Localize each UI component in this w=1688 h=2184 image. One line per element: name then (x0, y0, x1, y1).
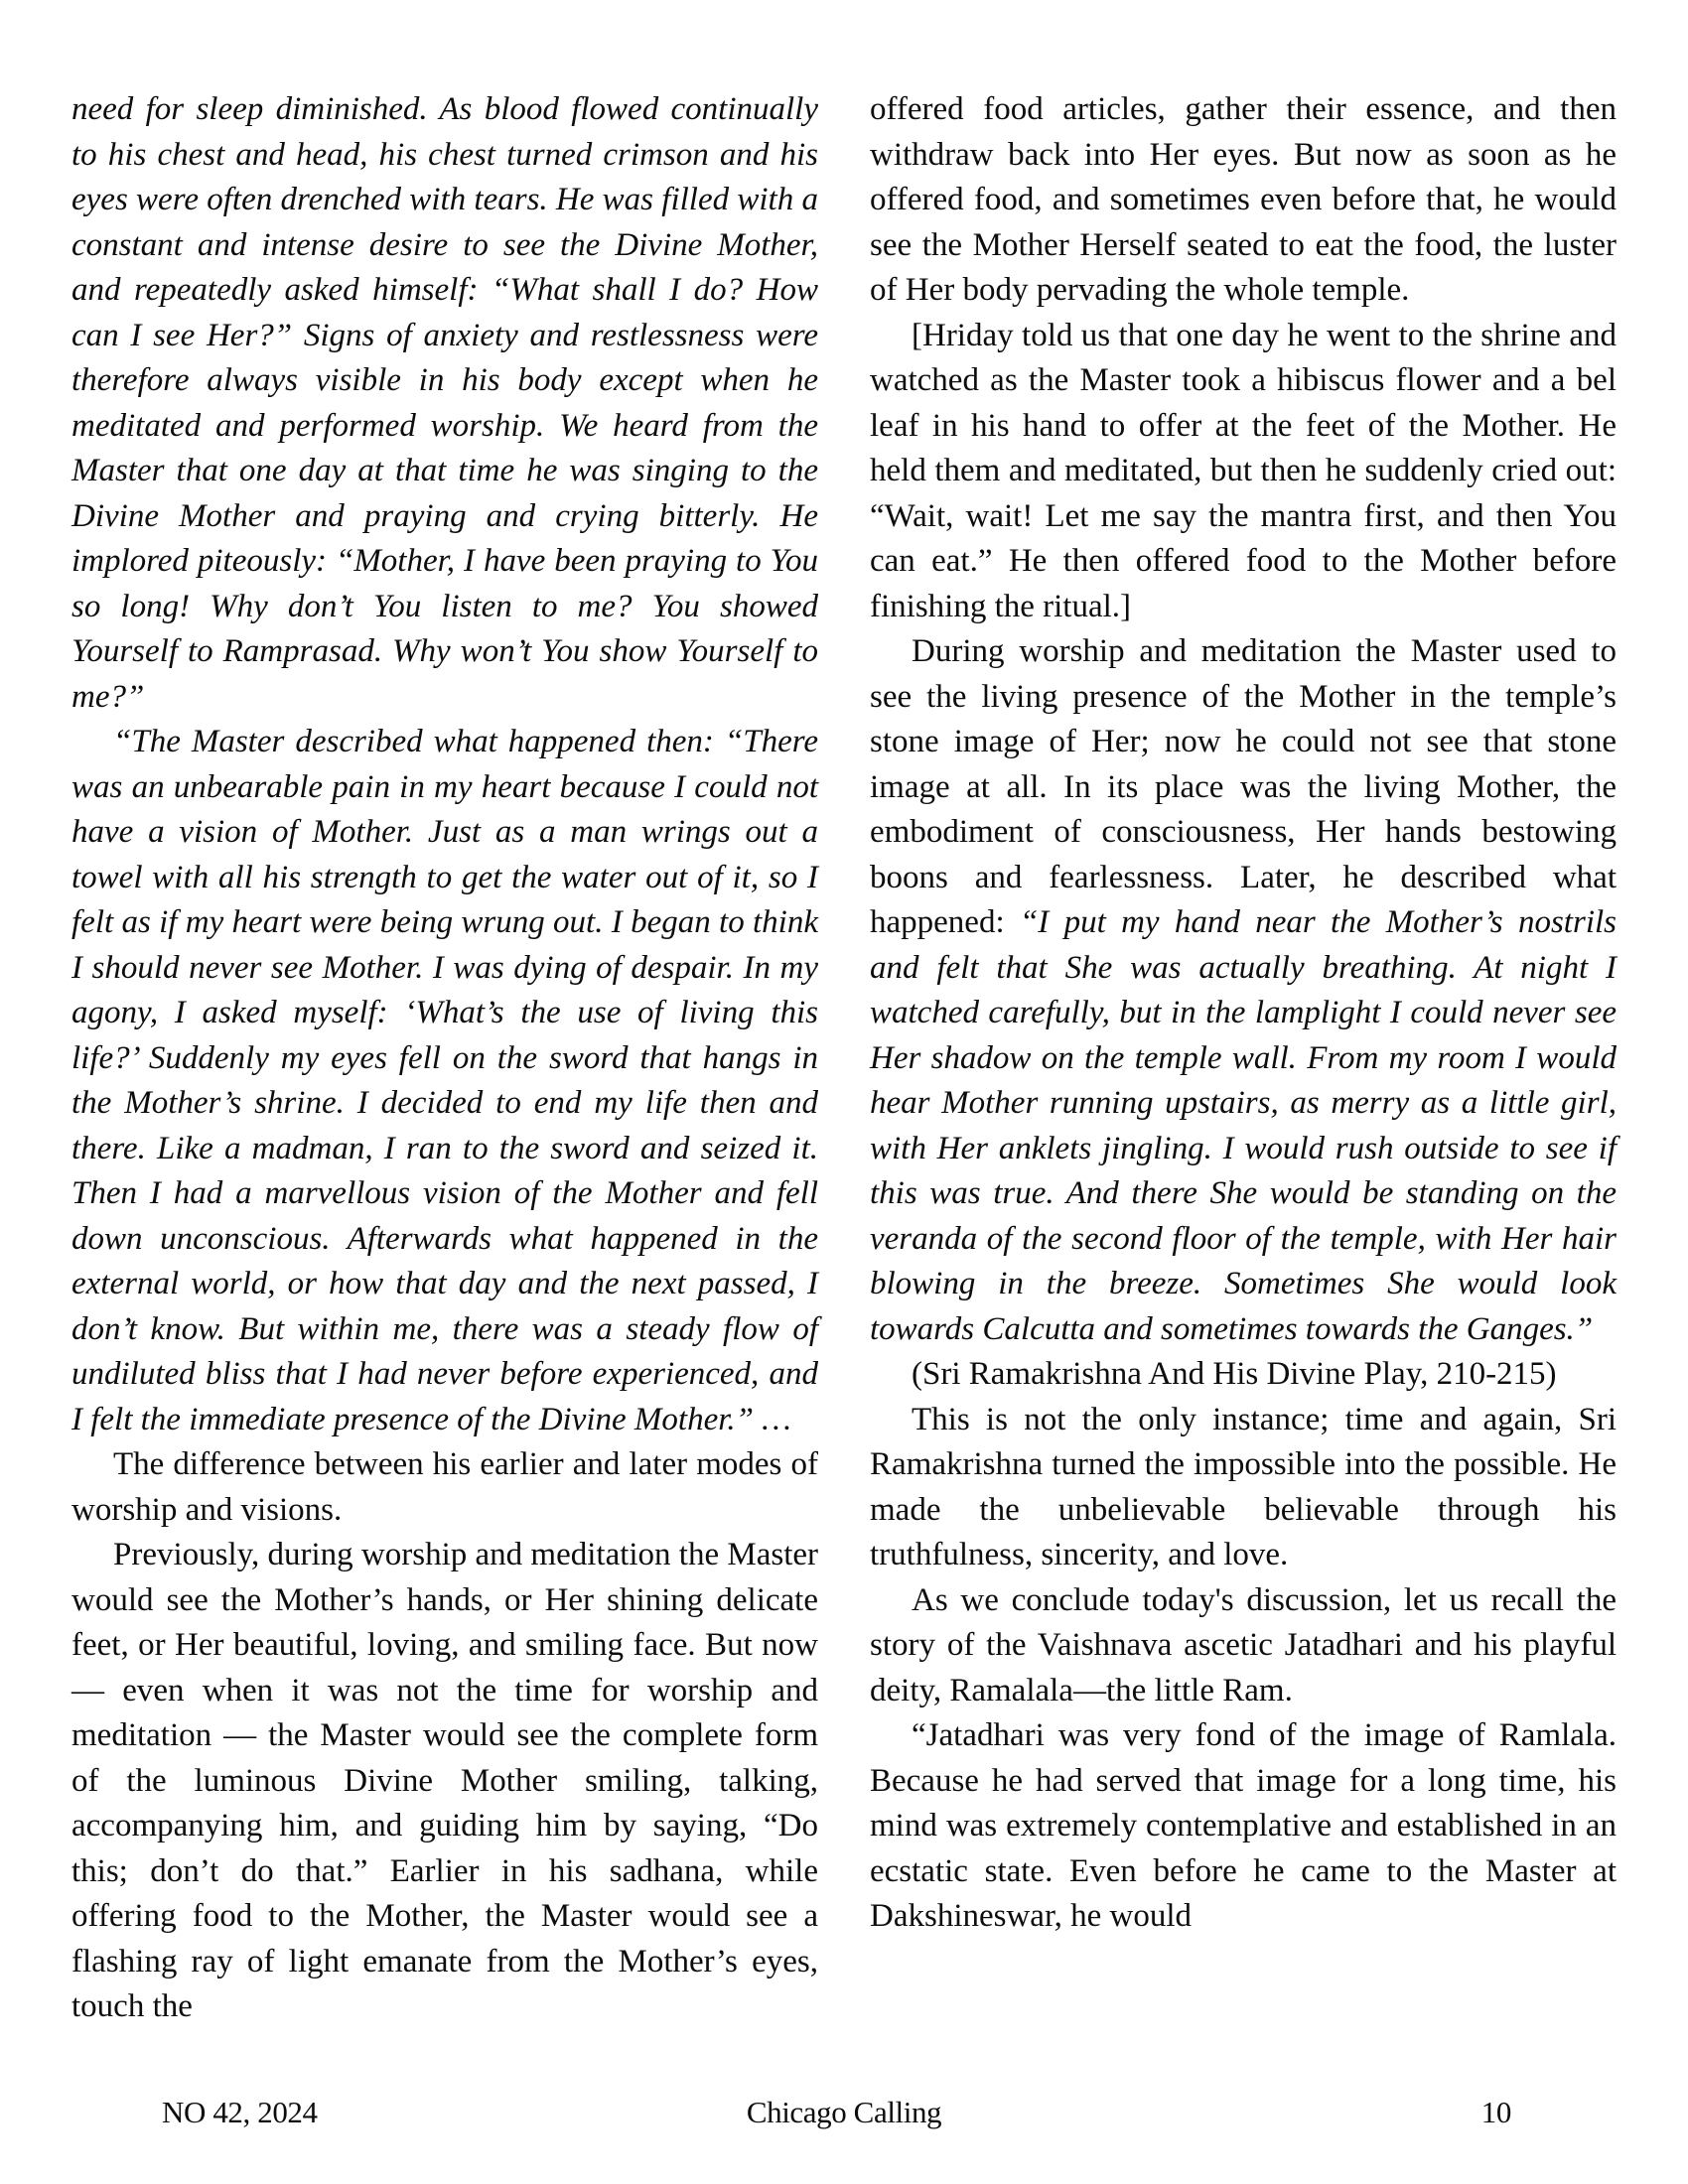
left-paragraph-4: Previously, during worship and meditatio… (71, 1533, 818, 2030)
left-paragraph-3: The difference between his earlier and l… (71, 1442, 818, 1533)
right-paragraph-3-roman-part: During worship and meditation the Master… (870, 633, 1617, 940)
left-paragraph-2: “The Master described what happened then… (71, 720, 818, 1442)
left-paragraph-1: need for sleep diminished. As blood flow… (71, 87, 818, 720)
right-paragraph-3: During worship and meditation the Master… (870, 629, 1617, 1352)
page-footer: Chicago Calling NO 42, 2024 10 (0, 2091, 1688, 2146)
citation-line: (Sri Ramakrishna And His Divine Play, 21… (870, 1352, 1617, 1398)
page: need for sleep diminished. As blood flow… (0, 0, 1688, 2184)
right-paragraph-5: This is not the only instance; time and … (870, 1398, 1617, 1578)
right-paragraph-3-italic-part: “I put my hand near the Mother’s nostril… (870, 904, 1617, 1347)
right-paragraph-2: [Hriday told us that one day he went to … (870, 314, 1617, 630)
footer-page-number: 10 (1481, 2091, 1511, 2134)
right-paragraph-1: offered food articles, gather their esse… (870, 87, 1617, 314)
right-paragraph-6: As we conclude today's discussion, let u… (870, 1578, 1617, 1714)
footer-issue-number: NO 42, 2024 (162, 2091, 318, 2134)
right-column: offered food articles, gather their esse… (870, 87, 1617, 1940)
left-column: need for sleep diminished. As blood flow… (71, 87, 818, 2030)
right-paragraph-7: “Jatadhari was very fond of the image of… (870, 1713, 1617, 1940)
